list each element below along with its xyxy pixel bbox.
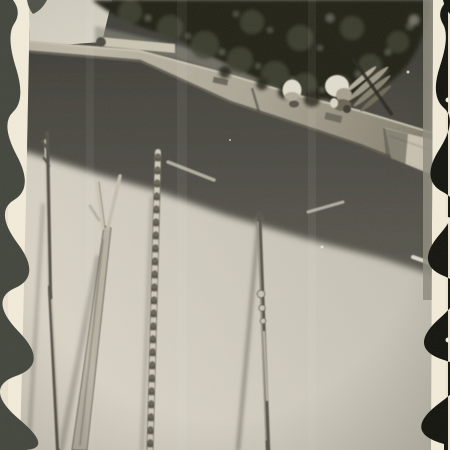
film-grain-overlay	[0, 0, 450, 450]
photo-scan	[0, 0, 450, 450]
vintage-photo	[0, 0, 450, 450]
